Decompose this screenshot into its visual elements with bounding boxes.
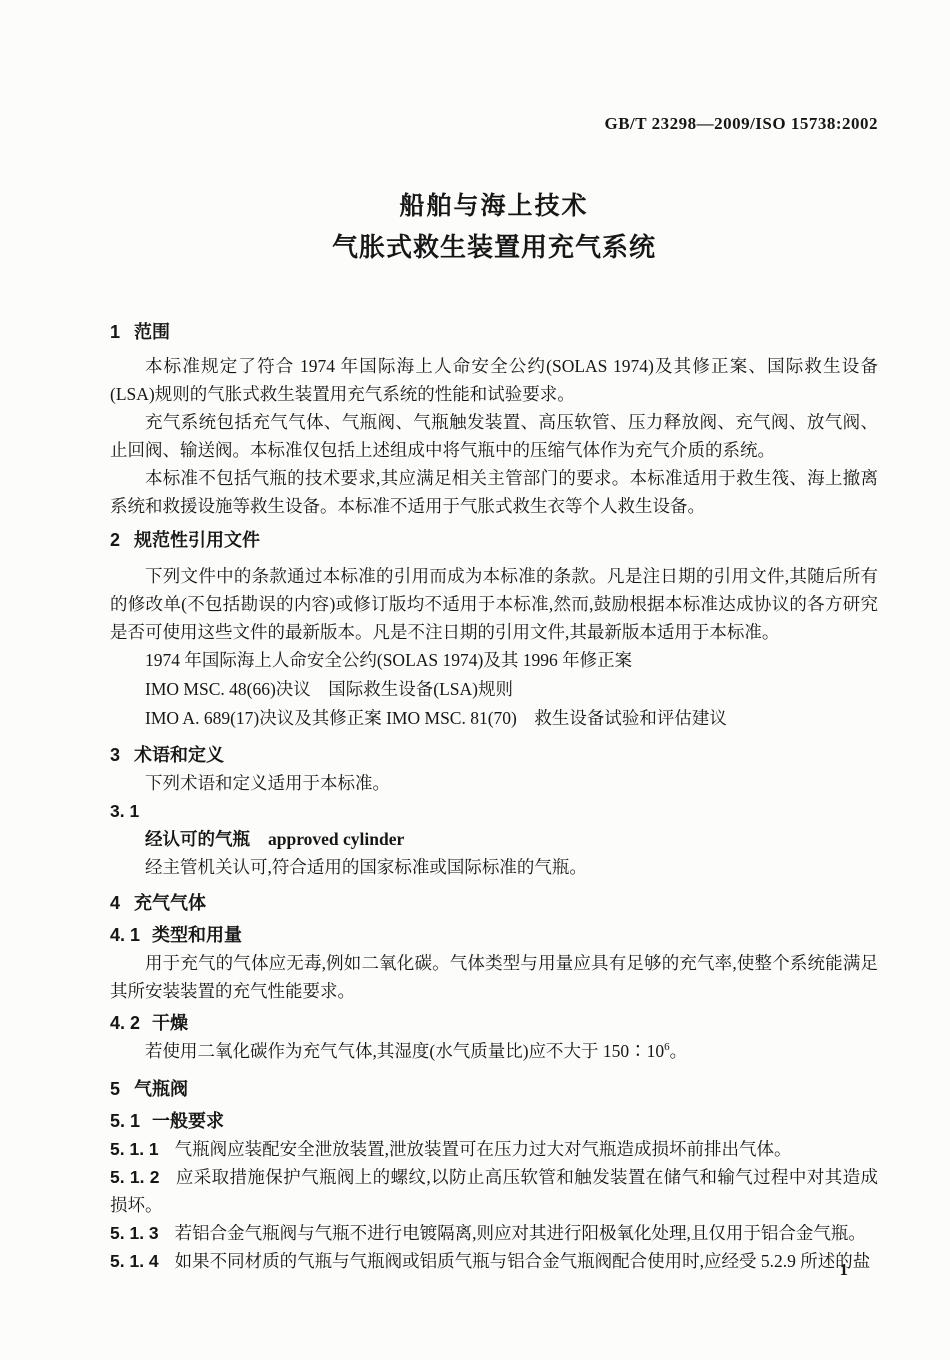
clause-5-1-3: 5. 1. 3若铝合金气瓶阀与气瓶不进行电镀隔离,则应对其进行阳极氧化处理,且仅… — [110, 1219, 878, 1247]
gas-type-paragraph: 用于充气的气体应无毒,例如二氧化碳。气体类型与用量应具有足够的充气率,使整个系统… — [110, 949, 878, 1005]
reference-item-1: 1974 年国际海上人命安全公约(SOLAS 1974)及其 1996 年修正案 — [110, 646, 878, 675]
clause-5-1-3-number: 5. 1. 3 — [110, 1223, 159, 1243]
section-3-number: 3 — [110, 745, 120, 765]
section-1-title: 范围 — [134, 322, 170, 342]
reference-item-2: IMO MSC. 48(66)决议 国际救生设备(LSA)规则 — [110, 675, 878, 704]
section-3-heading: 3术语和定义 — [110, 741, 878, 769]
subsection-4-2-number: 4. 2 — [110, 1013, 140, 1033]
normative-references-paragraph: 下列文件中的条款通过本标准的引用而成为本标准的条款。凡是注日期的引用文件,其随后… — [110, 562, 878, 646]
page-number: 1 — [840, 1260, 849, 1280]
reference-item-3: IMO A. 689(17)决议及其修正案 IMO MSC. 81(70) 救生… — [110, 704, 878, 733]
clause-5-1-4-number: 5. 1. 4 — [110, 1251, 159, 1271]
dryness-paragraph: 若使用二氧化碳作为充气气体,其湿度(水气质量比)应不大于 150∶106。 — [110, 1037, 878, 1065]
dryness-text: 若使用二氧化碳作为充气气体,其湿度(水气质量比)应不大于 150∶10 — [145, 1041, 664, 1061]
term-name-en: approved cylinder — [268, 829, 404, 849]
term-definition: 经主管机关认可,符合适用的国家标准或国际标准的气瓶。 — [110, 853, 878, 881]
dryness-text-end: 。 — [670, 1041, 688, 1061]
section-1-heading: 1范围 — [110, 318, 878, 346]
subsection-5-1-title: 一般要求 — [152, 1111, 224, 1131]
clause-5-1-2: 5. 1. 2应采取措施保护气瓶阀上的螺纹,以防止高压软管和触发装置在储气和输气… — [110, 1163, 878, 1219]
clause-5-1-3-text: 若铝合金气瓶阀与气瓶不进行电镀隔离,则应对其进行阳极氧化处理,且仅用于铝合金气瓶… — [175, 1223, 866, 1243]
clause-5-1-4-text: 如果不同材质的气瓶与气瓶阀或铝质气瓶与铝合金气瓶阀配合使用时,应经受 5.2.9… — [175, 1251, 871, 1271]
document-page: GB/T 23298—2009/ISO 15738:2002 船舶与海上技术 气… — [0, 0, 950, 1360]
subsection-5-1-heading: 5. 1一般要求 — [110, 1107, 878, 1135]
subsection-5-1-number: 5. 1 — [110, 1111, 140, 1131]
subsection-4-2-title: 干燥 — [152, 1013, 188, 1033]
clause-5-1-2-text: 应采取措施保护气瓶阀上的螺纹,以防止高压软管和触发装置在储气和输气过程中对其造成… — [110, 1167, 878, 1215]
section-5-number: 5 — [110, 1079, 120, 1099]
term-name-cn: 经认可的气瓶 — [145, 829, 250, 849]
scope-paragraph-1: 本标准规定了符合 1974 年国际海上人命安全公约(SOLAS 1974)及其修… — [110, 352, 878, 408]
section-4-number: 4 — [110, 893, 120, 913]
doc-title-line-2: 气胀式救生装置用充气系统 — [110, 226, 878, 268]
terms-intro-paragraph: 下列术语和定义适用于本标准。 — [110, 769, 878, 797]
doc-title-line-1: 船舶与海上技术 — [110, 186, 878, 226]
section-4-title: 充气气体 — [134, 893, 206, 913]
section-2-heading: 2规范性引用文件 — [110, 526, 878, 554]
section-1-number: 1 — [110, 322, 120, 342]
clause-5-1-2-number: 5. 1. 2 — [110, 1167, 159, 1187]
clause-5-1-1: 5. 1. 1气瓶阀应装配安全泄放装置,泄放装置可在压力过大对气瓶造成损坏前排出… — [110, 1135, 878, 1163]
section-2-number: 2 — [110, 530, 120, 550]
subsection-4-1-number: 4. 1 — [110, 925, 140, 945]
clause-5-1-1-number: 5. 1. 1 — [110, 1139, 159, 1159]
section-5-heading: 5气瓶阀 — [110, 1075, 878, 1103]
subsection-4-2-heading: 4. 2干燥 — [110, 1009, 878, 1037]
section-4-heading: 4充气气体 — [110, 889, 878, 917]
standard-code: GB/T 23298—2009/ISO 15738:2002 — [110, 112, 878, 136]
term-entry: 经认可的气瓶approved cylinder — [110, 825, 878, 853]
section-5-title: 气瓶阀 — [134, 1079, 188, 1099]
subsection-4-1-heading: 4. 1类型和用量 — [110, 921, 878, 949]
subsection-4-1-title: 类型和用量 — [152, 925, 242, 945]
clause-5-1-1-text: 气瓶阀应装配安全泄放装置,泄放装置可在压力过大对气瓶造成损坏前排出气体。 — [175, 1139, 792, 1159]
scope-paragraph-2: 充气系统包括充气气体、气瓶阀、气瓶触发装置、高压软管、压力释放阀、充气阀、放气阀… — [110, 408, 878, 464]
term-number: 3. 1 — [110, 797, 878, 825]
section-2-title: 规范性引用文件 — [134, 530, 260, 550]
document-title: 船舶与海上技术 气胀式救生装置用充气系统 — [110, 186, 878, 268]
scope-paragraph-3: 本标准不包括气瓶的技术要求,其应满足相关主管部门的要求。本标准适用于救生筏、海上… — [110, 464, 878, 520]
clause-5-1-4: 5. 1. 4如果不同材质的气瓶与气瓶阀或铝质气瓶与铝合金气瓶阀配合使用时,应经… — [110, 1247, 878, 1275]
section-3-title: 术语和定义 — [134, 745, 224, 765]
